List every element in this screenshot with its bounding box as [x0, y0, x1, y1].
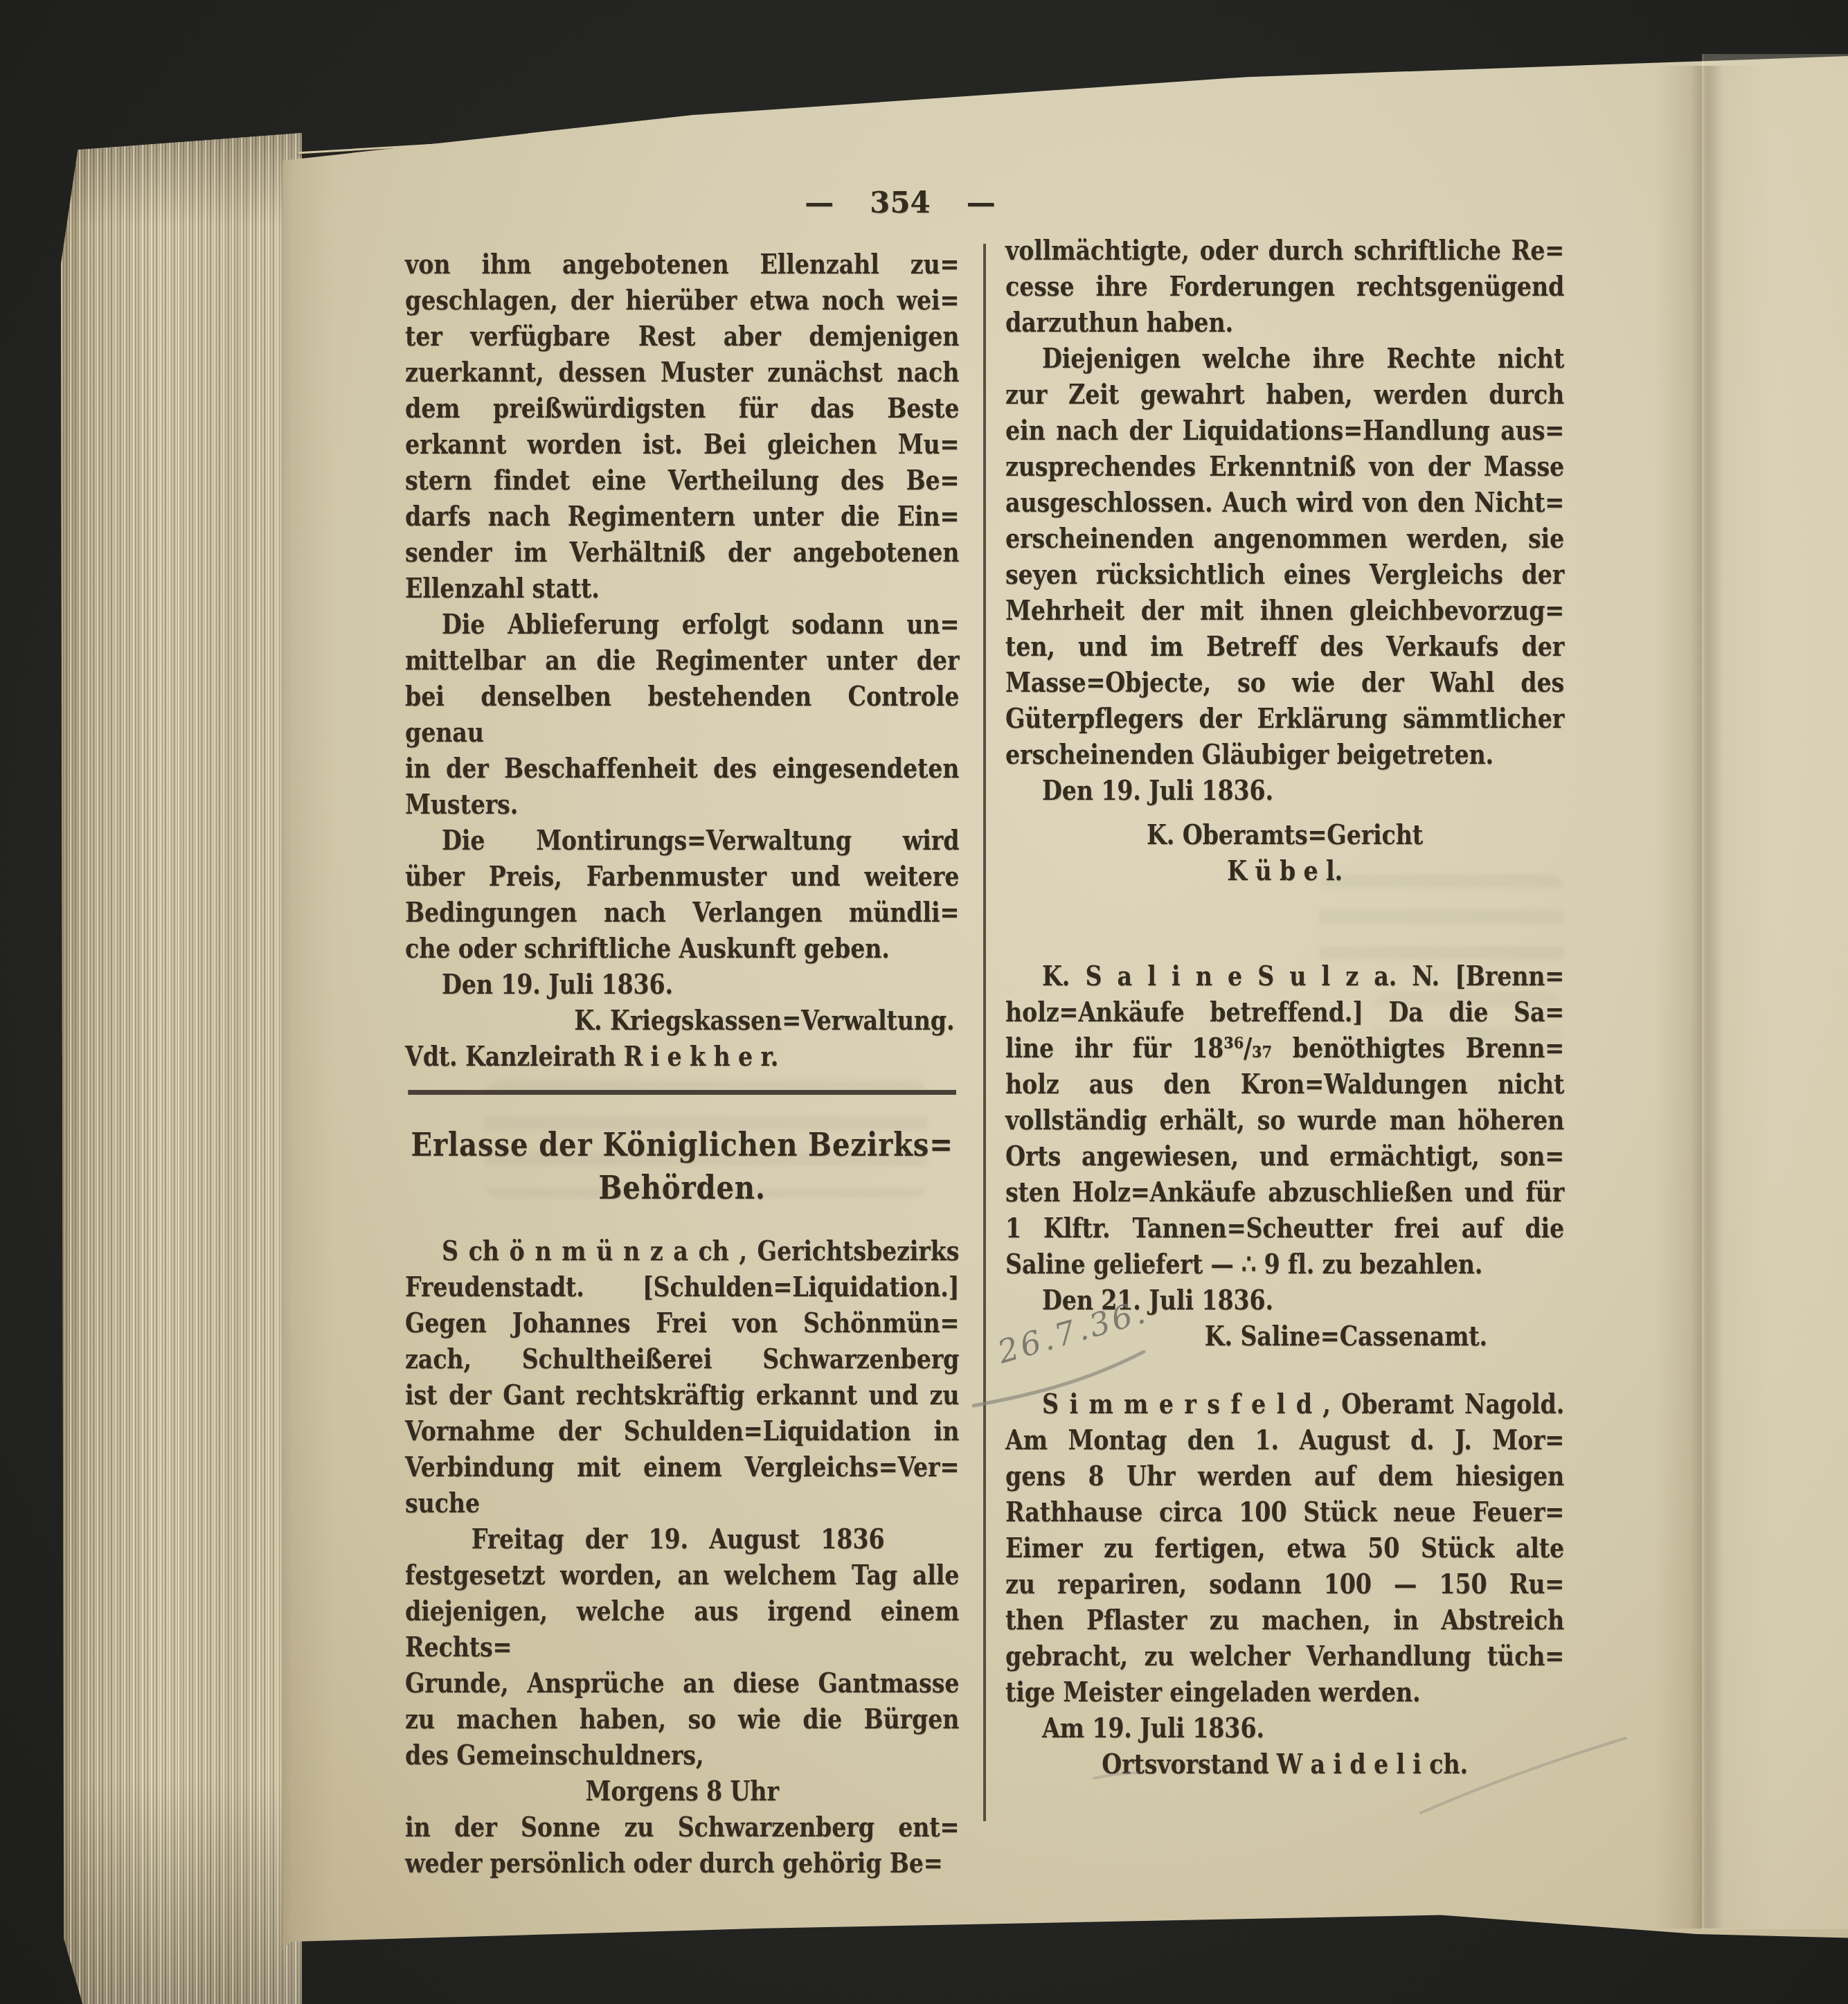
text-line: Vornahme der Schulden=Liquidation in [405, 1413, 959, 1449]
text-line: Vdt. Kanzleirath R i e k h e r. [405, 1039, 959, 1075]
signature-line: K. Oberamts=Gericht [1005, 817, 1564, 853]
text-line: vollständig erhält, so wurde man höheren [1005, 1102, 1564, 1138]
text-line: Am 19. Juli 1836. [1005, 1710, 1564, 1746]
text-line: ten, und im Betreff des Verkaufs der [1005, 629, 1564, 665]
text-line: Rathhause circa 100 Stück neue Feuer= [1005, 1494, 1564, 1530]
text-line: erkannt worden ist. Bei gleichen Mu= [405, 427, 959, 463]
text-line: stern findet eine Vertheilung des Be= [405, 463, 959, 499]
paragraph: Die Ablieferung erfolgt sodann un=mittel… [405, 607, 959, 823]
text-line: line ihr für 18³⁶/₃₇ benöthigtes Brenn= [1005, 1030, 1564, 1066]
text-line: Freitag der 19. August 1836 [405, 1521, 959, 1557]
text-line: Musters. [405, 787, 959, 823]
text-line: suche [405, 1485, 959, 1521]
text-line: Den 19. Juli 1836. [1005, 773, 1564, 809]
text-line: gebracht, zu welcher Verhandlung tüch= [1005, 1638, 1564, 1674]
paragraph: von ihm angebotenen Ellenzahl zu=geschla… [405, 247, 959, 607]
text-line: Bedingungen nach Verlangen mündli= [405, 895, 959, 931]
text-line: Eimer zu fertigen, etwa 50 Stück alte [1005, 1530, 1564, 1566]
hearing-date-line: Freitag der 19. August 1836 [405, 1521, 959, 1557]
text-line: weder persönlich oder durch gehörig Be= [405, 1845, 959, 1881]
text-line: Diejenigen welche ihre Rechte nicht [1005, 341, 1564, 377]
text-line: ein nach der Liquidations=Handlung aus= [1005, 413, 1564, 449]
text-line: zur Zeit gewahrt haben, werden durch [1005, 377, 1564, 413]
text-line: von ihm angebotenen Ellenzahl zu= [405, 247, 959, 283]
text-line: darfs nach Regimentern unter die Ein= [405, 499, 959, 535]
text-line: tige Meister eingeladen werden. [1005, 1674, 1564, 1710]
text-line: vollmächtigte, oder durch schriftliche R… [1005, 233, 1564, 269]
text-line: Verbindung mit einem Vergleichs=Ver= [405, 1449, 959, 1485]
text-line: Behörden. [405, 1167, 959, 1210]
right-column: vollmächtigte, oder durch schriftliche R… [1005, 233, 1564, 1782]
signature-line: Ortsvorstand W a i d e l i ch. [1005, 1746, 1564, 1782]
text-line: gens 8 Uhr werden auf dem hiesigen [1005, 1458, 1564, 1494]
left-column: von ihm angebotenen Ellenzahl zu=geschla… [405, 247, 959, 1881]
signature-line: K ü b e l. [1005, 853, 1564, 889]
text-line: Saline geliefert — ∴ 9 fl. zu bezahlen. [1005, 1246, 1564, 1282]
text-line: darzuthun haben. [1005, 305, 1564, 341]
text-line: K ü b e l. [1005, 853, 1564, 889]
text-line: sender im Verhältniß der angebotenen [405, 535, 959, 571]
text-line: festgesetzt worden, an welchem Tag alle [405, 1557, 959, 1593]
page-number-value: 354 [870, 186, 931, 220]
text-line: in der Sonne zu Schwarzenberg ent= [405, 1809, 959, 1845]
paragraph: K. S a l i n e S u l z a. N. [Brenn=holz… [1005, 958, 1564, 1282]
text-line: then Pflaster zu machen, in Abstreich [1005, 1602, 1564, 1638]
text-line: Den 19. Juli 1836. [405, 967, 959, 1003]
text-line: seyen rücksichtlich eines Vergleichs der [1005, 557, 1564, 593]
date-line: Den 19. Juli 1836. [1005, 773, 1564, 809]
text-line: bei denselben bestehenden Controle genau [405, 679, 959, 751]
photo-background: { "header": { "dash": "—", "page_number"… [0, 0, 1848, 2004]
text-line: holz aus den Kron=Waldungen nicht [1005, 1066, 1564, 1102]
paragraph: Die Montirungs=Verwaltung wirdüber Preis… [405, 823, 959, 967]
paragraph: S i m m e r s f e l d , Oberamt Nagold.A… [1005, 1386, 1564, 1710]
paragraph: Diejenigen welche ihre Rechte nichtzur Z… [1005, 341, 1564, 773]
text-line: erscheinenden Gläubiger beigetreten. [1005, 737, 1564, 773]
text-line: Gegen Johannes Frei von Schönmün= [405, 1305, 959, 1341]
text-line: Grunde, Ansprüche an diese Gantmasse [405, 1665, 959, 1701]
text-line: erscheinenden angenommen werden, sie [1005, 521, 1564, 557]
text-line: zusprechendes Erkenntniß von der Masse [1005, 449, 1564, 485]
text-line: mittelbar an die Regimenter unter der [405, 643, 959, 679]
signature-line: K. Kriegskassen=Verwaltung. [405, 1003, 959, 1039]
text-line: Freudenstadt. [Schulden=Liquidation.] [405, 1269, 959, 1305]
date-line: Am 19. Juli 1836. [1005, 1710, 1564, 1746]
page-number: — 354 — [758, 186, 1042, 220]
text-line: zach, Schultheißerei Schwarzenberg [405, 1341, 959, 1377]
page-edge-stack [61, 133, 302, 2004]
paragraph: in der Sonne zu Schwarzenberg ent=weder … [405, 1809, 959, 1881]
text-line: ist der Gant rechtskräftig erkannt und z… [405, 1377, 959, 1413]
text-line: über Preis, Farbenmuster und weitere [405, 859, 959, 895]
text-line: S ch ö n m ü n z a ch , Gerichtsbezirks [405, 1233, 959, 1269]
column-divider-rule [983, 244, 986, 1821]
text-line: Orts angewiesen, und ermächtigt, son= [1005, 1138, 1564, 1174]
text-line: che oder schriftliche Auskunft geben. [405, 931, 959, 967]
text-line: zuerkannt, dessen Muster zunächst nach [405, 355, 959, 391]
page-number-dash-right: — [967, 186, 996, 220]
text-line: Erlasse der Königlichen Bezirks= [405, 1124, 959, 1167]
section-heading: Erlasse der Königlichen Bezirks=Behörden… [405, 1124, 959, 1210]
text-line: Am Montag den 1. August d. J. Mor= [1005, 1422, 1564, 1458]
text-line: diejenigen, welche aus irgend einem Rech… [405, 1593, 959, 1665]
paragraph: vollmächtigte, oder durch schriftliche R… [1005, 233, 1564, 341]
time-line: Morgens 8 Uhr [405, 1773, 959, 1809]
facing-page-sliver [1702, 54, 1848, 1929]
text-line: Morgens 8 Uhr [405, 1773, 959, 1809]
text-line: Die Montirungs=Verwaltung wird [405, 823, 959, 859]
text-line: sten Holz=Ankäufe abzuschließen und für [1005, 1174, 1564, 1210]
text-line: zu machen haben, so wie die Bürgen [405, 1701, 959, 1737]
text-line: geschlagen, der hierüber etwa noch wei= [405, 283, 959, 319]
text-line: ausgeschlossen. Auch wird von den Nicht= [1005, 485, 1564, 521]
text-line: Masse=Objecte, so wie der Wahl des [1005, 665, 1564, 701]
text-line: K. S a l i n e S u l z a. N. [Brenn= [1005, 958, 1564, 994]
text-line: ter verfügbare Rest aber demjenigen [405, 319, 959, 355]
section-rule [408, 1090, 956, 1095]
text-line: Ortsvorstand W a i d e l i ch. [1005, 1746, 1564, 1782]
text-line: Die Ablieferung erfolgt sodann un= [405, 607, 959, 643]
text-line: K. Oberamts=Gericht [1005, 817, 1564, 853]
text-line: zu repariren, sodann 100 — 150 Ru= [1005, 1566, 1564, 1602]
text-line: K. Kriegskassen=Verwaltung. [405, 1003, 959, 1039]
text-line: S i m m e r s f e l d , Oberamt Nagold. [1005, 1386, 1564, 1422]
paragraph: festgesetzt worden, an welchem Tag alled… [405, 1557, 959, 1773]
text-line: dem preißwürdigsten für das Beste [405, 391, 959, 427]
text-line: holz=Ankäufe betreffend.] Da die Sa= [1005, 994, 1564, 1030]
text-line: Ellenzahl statt. [405, 571, 959, 607]
signature-line: Vdt. Kanzleirath R i e k h e r. [405, 1039, 959, 1075]
text-line: in der Beschaffenheit des eingesendeten [405, 751, 959, 787]
text-line: 1 Klftr. Tannen=Scheutter frei auf die [1005, 1210, 1564, 1246]
text-line: des Gemeinschuldners, [405, 1737, 959, 1773]
paragraph: S ch ö n m ü n z a ch , GerichtsbezirksF… [405, 1233, 959, 1521]
page-number-dash-left: — [805, 186, 834, 220]
text-line: Mehrheit der mit ihnen gleichbevorzug= [1005, 593, 1564, 629]
date-line: Den 19. Juli 1836. [405, 967, 959, 1003]
text-line: cesse ihre Forderungen rechtsgenügend [1005, 269, 1564, 305]
text-line: Güterpflegers der Erklärung sämmtlicher [1005, 701, 1564, 737]
